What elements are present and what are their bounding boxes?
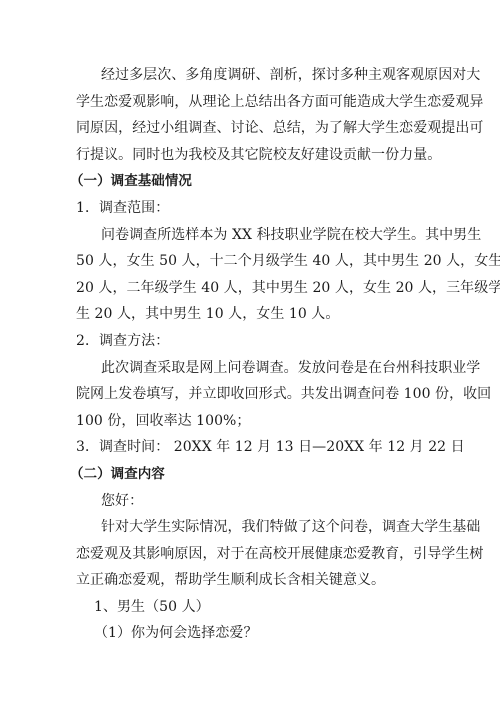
intro-line-2: 学生恋爱观影响，从理论上总结出各方面可能造成大学生恋爱观异: [76, 89, 418, 116]
scope-line-4: 生 20 人，其中男生 10 人，女生 10 人。: [76, 301, 418, 328]
intro-line-4: 行提议。同时也为我校及其它院校友好建设贡献一份力量。: [76, 142, 418, 169]
section-heading-basic-info: （一）调查基础情况: [70, 168, 418, 195]
section-heading-content: （二）调查内容: [70, 461, 418, 488]
scope-line-3: 20 人，二年级学生 40 人，其中男生 20 人，女生 20 人，三年级学: [76, 275, 418, 302]
scope-line-1: 问卷调查所选样本为 XX 科技职业学院在校大学生。其中男生: [76, 222, 418, 249]
content-line-1: 针对大学生实际情况，我们特做了这个问卷，调查大学生基础: [76, 514, 418, 541]
method-line-3: 100 份，回收率达 100%；: [76, 408, 418, 435]
survey-time: 3．调查时间： 20XX 年 12 月 13 日—20XX 年 12 月 22 …: [76, 434, 418, 461]
content-line-3: 立正确恋爱观，帮助学生顺利成长含相关键意义。: [76, 567, 418, 594]
document-page: 经过多层次、多角度调研、剖析，探讨多种主观客观原因对大 学生恋爱观影响，从理论上…: [76, 62, 418, 647]
method-line-2: 院网上发卷填写，并立即收回形式。共发出调查问卷 100 份，收回: [76, 381, 418, 408]
content-line-2: 恋爱观及其影响原因，对于在高校开展健康恋爱教育，引导学生树: [76, 541, 418, 568]
greeting: 您好：: [76, 488, 418, 515]
intro-line-1: 经过多层次、多角度调研、剖析，探讨多种主观客观原因对大: [76, 62, 418, 89]
scope-line-2: 50 人，女生 50 人，十二个月级学生 40 人，其中男生 20 人，女生: [76, 248, 418, 275]
question-1: （1）你为何会选择恋爱？: [76, 620, 418, 647]
group-label-male: 1、男生（50 人）: [76, 594, 418, 621]
scope-label: 1．调查范围：: [76, 195, 418, 222]
intro-line-3: 同原因，经过小组调查、讨论、总结，为了解大学生恋爱观提出可: [76, 115, 418, 142]
method-line-1: 此次调查采取是网上问卷调查。发放问卷是在台州科技职业学: [76, 355, 418, 382]
method-label: 2．调查方法：: [76, 328, 418, 355]
